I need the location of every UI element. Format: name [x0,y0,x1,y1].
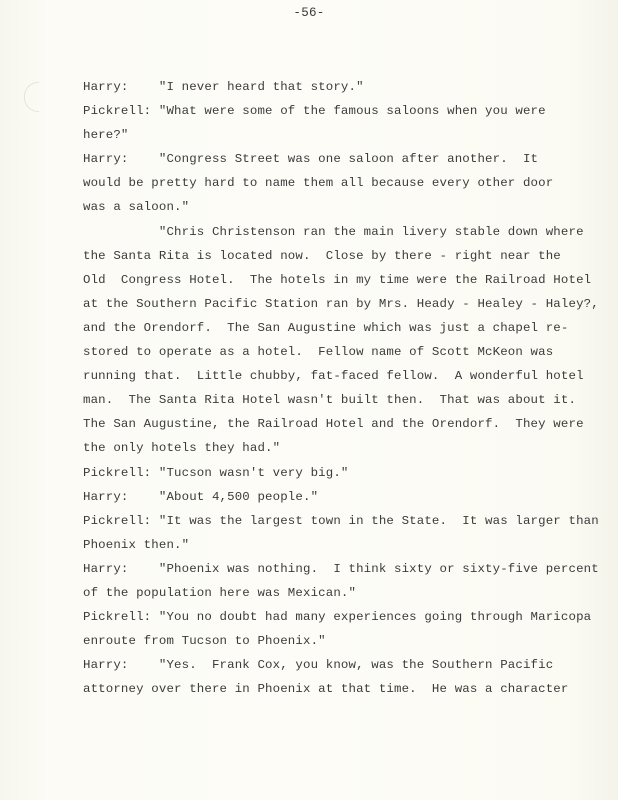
transcript-line: Harry: "About 4,500 people." [83,485,603,509]
transcript-line: Harry: "Yes. Frank Cox, you know, was th… [83,653,603,677]
transcript-line: enroute from Tucson to Phoenix." [83,629,603,653]
transcript-line: and the Orendorf. The San Augustine whic… [83,316,603,340]
page-number: -56- [0,6,618,20]
transcript-line: running that. Little chubby, fat-faced f… [83,364,603,388]
transcript-line: Pickrell: "You no doubt had many experie… [83,605,603,629]
transcript-line: Harry: "Phoenix was nothing. I think six… [83,557,603,581]
transcript-line: Phoenix then." [83,533,603,557]
punch-hole-mark [24,82,39,112]
transcript-line: Harry: "I never heard that story." [83,75,603,99]
transcript-line: the only hotels they had." [83,436,603,460]
transcript-line: stored to operate as a hotel. Fellow nam… [83,340,603,364]
transcript-line: of the population here was Mexican." [83,581,603,605]
transcript-line: Pickrell: "It was the largest town in th… [83,509,603,533]
transcript-line: Pickrell: "Tucson wasn't very big." [83,461,603,485]
transcript-line: here?" [83,123,603,147]
transcript-line: Pickrell: "What were some of the famous … [83,99,603,123]
transcript-line: attorney over there in Phoenix at that t… [83,677,603,701]
transcript-line: The San Augustine, the Railroad Hotel an… [83,412,603,436]
transcript-line: at the Southern Pacific Station ran by M… [83,292,603,316]
transcript-line: would be pretty hard to name them all be… [83,171,603,195]
transcript-line: Old Congress Hotel. The hotels in my tim… [83,268,603,292]
transcript-line: Harry: "Congress Street was one saloon a… [83,147,603,171]
transcript-line: was a saloon." [83,195,603,219]
transcript-line: the Santa Rita is located now. Close by … [83,244,603,268]
document-page: -56- Harry: "I never heard that story." … [0,0,618,800]
transcript-body: Harry: "I never heard that story." Pickr… [83,75,603,701]
transcript-line: "Chris Christenson ran the main livery s… [83,220,603,244]
transcript-line: man. The Santa Rita Hotel wasn't built t… [83,388,603,412]
